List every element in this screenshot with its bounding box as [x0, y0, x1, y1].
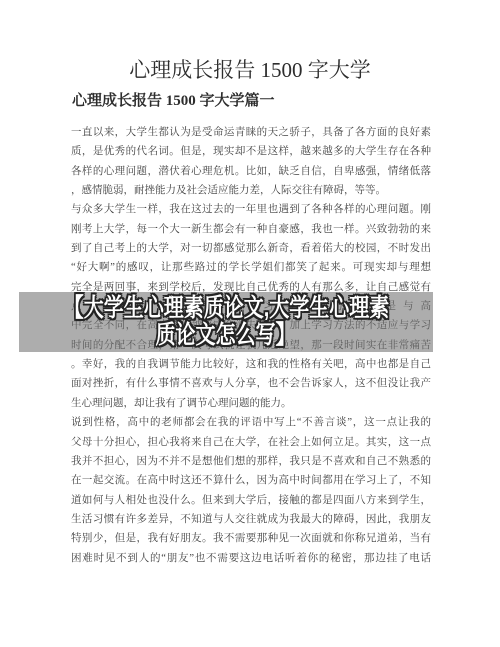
body-line: 。幸好，我的自我调节能力比较好，这和我的性格有关吧，高中也都是自己	[71, 355, 431, 374]
body-line: 刚考上大学，每一个大一新生都会有一种自豪感，我也一样。兴致勃勃的来	[71, 220, 431, 239]
body-line: 说到性格，高中的老师都会在我的评语中写上“不善言谈”，这一点让我的	[71, 413, 431, 432]
watermark-text-line: 【大学生心理素质论文,大学生心理素	[63, 295, 389, 322]
watermark-text-line: 质论文怎么写】	[156, 322, 296, 349]
body-line: 在一起交流。在高中时这还不算什么，因为高中时间都用在学习上了，不知	[71, 471, 431, 490]
body-line: 面对挫折，有什么事情不喜欢与人分享，也不会告诉家人，这不但没让我产	[71, 374, 431, 393]
body-line: 特别少，但是，我有好朋友。我不需要那种见一次面就和你称兄道弟，当有	[71, 529, 431, 548]
body-line: 父母十分担心，担心我将来自己在大学，在社会上如何立足。其实，这一点	[71, 433, 431, 452]
body-line: 一直以来，大学生都认为是受命运青睐的天之骄子，具备了各方面的良好素	[71, 123, 431, 142]
body-line: 质，是优秀的代名词。但是，现实却不是这样，越来越多的大学生存在各种	[71, 142, 431, 161]
page-title: 心理成长报告 1500 字大学	[0, 57, 500, 83]
body-line: 生心理问题，却让我有了调节心理问题的能力。	[71, 394, 431, 413]
body-line: 各样的心理问题，潜伏着心理危机。比如，缺乏自信，自卑感强，情绪低落	[71, 162, 431, 181]
document-page: 心理成长报告 1500 字大学 心理成长报告 1500 字大学篇一 一直以来，大…	[0, 0, 500, 647]
body-line: 困难时见不到人的“朋友”也不需要这边电话听着你的秘密，那边挂了电话	[71, 549, 431, 568]
body-line: 生活习惯有许多差异，不知道与人交往就成为我最大的障碍，因此，我朋友	[71, 510, 431, 529]
body-line: 与众多大学生一样，我在这过去的一年里也遇到了各种各样的心理问题。刚	[71, 200, 431, 219]
body-line: 到了自己考上的大学，对一切都感觉那么新奇，看着偌大的校园，不时发出	[71, 239, 431, 258]
body-line: 道如何与人相处也没什么。但来到大学后，接触的都是四面八方来到学生，	[71, 491, 431, 510]
watermark-overlay: 【大学生心理素质论文,大学生心理素 质论文怎么写】	[19, 292, 433, 352]
section-heading: 心理成长报告 1500 字大学篇一	[72, 91, 432, 111]
body-line: “好大啊”的感叹，让那些路过的学长学姐们都笑了起来。可现实却与理想	[71, 258, 431, 277]
body-line: ，感情脆弱，耐挫能力及社会适应能力差，人际交往有障碍，等等。	[71, 181, 431, 200]
body-line: 我并不担心，因为不并不是想他们想的那样，我只是不喜欢和自己不熟悉的	[71, 452, 431, 471]
